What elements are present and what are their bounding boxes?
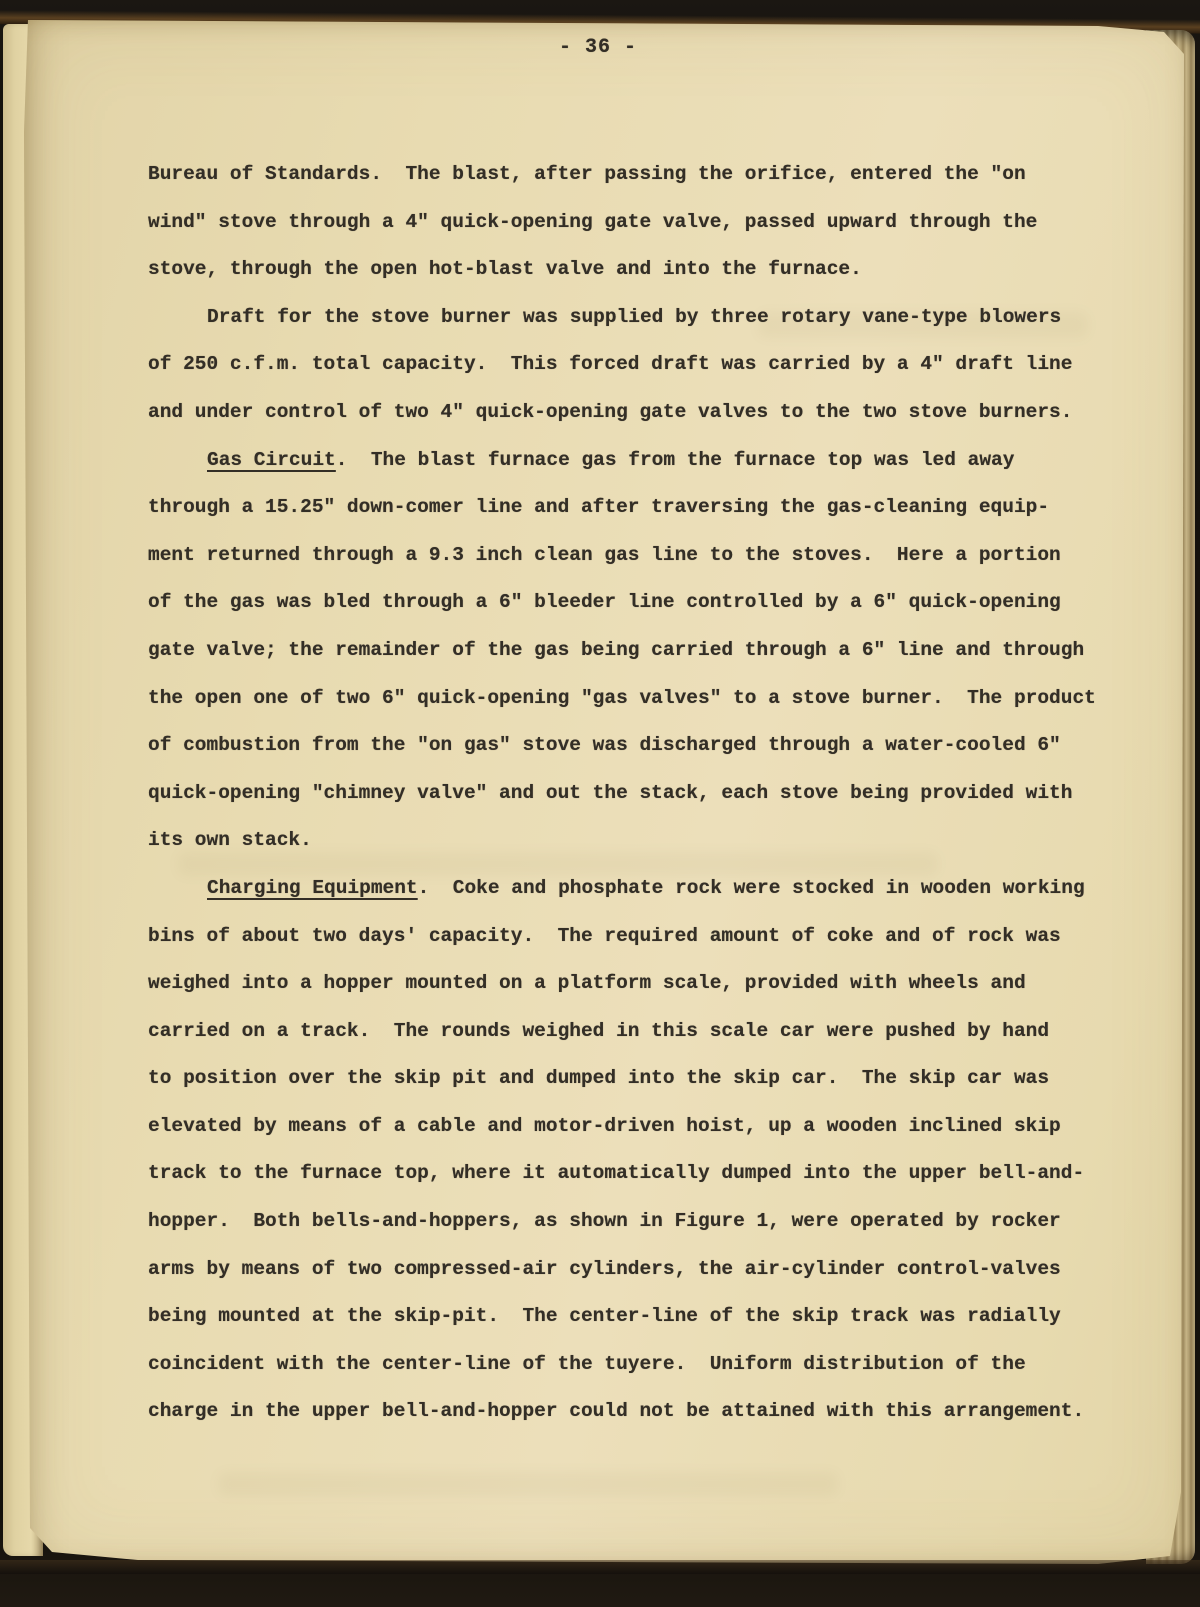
scanned-page: - 36 - Bureau of Standards. The blast, a… [18,12,1196,1574]
text-line: the open one of two 6" quick-opening "ga… [148,675,1138,723]
text-line: arms by means of two compressed-air cyli… [148,1246,1138,1294]
text-line: being mounted at the skip-pit. The cente… [148,1293,1138,1341]
text-line: of combustion from the "on gas" stove wa… [148,722,1138,770]
text-line: gate valve; the remainder of the gas bei… [148,627,1138,675]
text-block: Bureau of Standards. The blast, after pa… [148,151,1138,1436]
text-line: hopper. Both bells-and-hoppers, as shown… [148,1198,1138,1246]
text-line: Draft for the stove burner was supplied … [148,294,1138,342]
text-line: weighed into a hopper mounted on a platf… [148,960,1138,1008]
text-line: and under control of two 4" quick-openin… [148,389,1138,437]
text-line: to position over the skip pit and dumped… [148,1055,1138,1103]
text-line: Gas Circuit. The blast furnace gas from … [148,437,1138,485]
text-line: track to the furnace top, where it autom… [148,1150,1138,1198]
text-line: carried on a track. The rounds weighed i… [148,1008,1138,1056]
text-line: coincident with the center-line of the t… [148,1341,1138,1389]
text-line: bins of about two days' capacity. The re… [148,913,1138,961]
section-heading: Charging Equipment [207,877,418,899]
text-line: wind" stove through a 4" quick-opening g… [148,199,1138,247]
text-line: of 250 c.f.m. total capacity. This force… [148,341,1138,389]
text-line: Charging Equipment. Coke and phosphate r… [148,865,1138,913]
text-line: ment returned through a 9.3 inch clean g… [148,532,1138,580]
text-line: its own stack. [148,817,1138,865]
section-heading: Gas Circuit [207,449,336,471]
book-scan-background: - 36 - Bureau of Standards. The blast, a… [0,0,1200,1607]
text-line: stove, through the open hot-blast valve … [148,246,1138,294]
text-line: Bureau of Standards. The blast, after pa… [148,151,1138,199]
text-line: through a 15.25" down-comer line and aft… [148,484,1138,532]
page-number: - 36 - [518,36,678,59]
text-line: charge in the upper bell-and-hopper coul… [148,1388,1138,1436]
text-line: of the gas was bled through a 6" bleeder… [148,579,1138,627]
text-line: quick-opening "chimney valve" and out th… [148,770,1138,818]
book-cover-bottom-edge [0,1560,1200,1574]
text-line: elevated by means of a cable and motor-d… [148,1103,1138,1151]
bleed-through-mark [218,1472,838,1496]
